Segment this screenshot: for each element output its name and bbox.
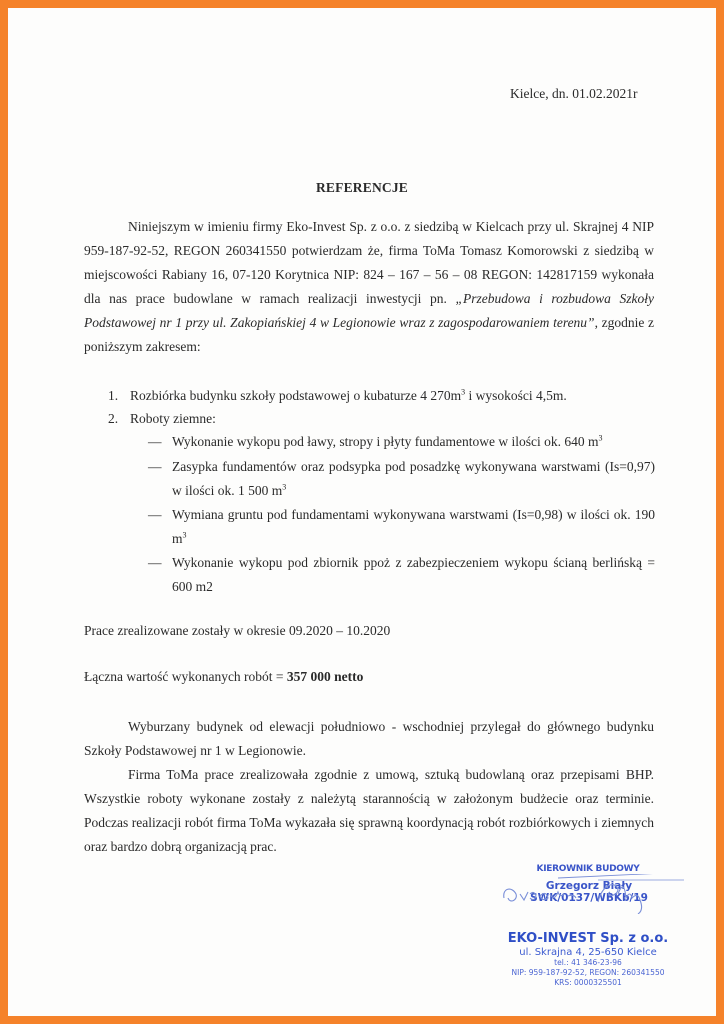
- total-value-amount: 357 000 netto: [287, 669, 364, 684]
- item-text: Rozbiórka budynku szkoły podstawowej o k…: [130, 388, 461, 403]
- dash-bullet: —: [148, 503, 162, 527]
- handwritten-signature: [498, 874, 688, 914]
- intro-paragraph: Niniejszym w imieniu firmy Eko-Invest Sp…: [84, 215, 654, 359]
- stamp-krs: KRS: 0000325501: [478, 978, 698, 988]
- sub-list-item: — Wykonanie wykopu pod ławy, stropy i pł…: [148, 430, 655, 454]
- item-text: Roboty ziemne:: [130, 411, 216, 426]
- dash-bullet: —: [148, 455, 162, 479]
- sub-item-text: Wykonanie wykopu pod zbiornik ppoż z zab…: [148, 551, 655, 599]
- superscript: 3: [183, 531, 187, 540]
- item-number: 2.: [108, 411, 130, 427]
- period-line: Prace zrealizowane zostały w okresie 09.…: [84, 619, 654, 643]
- place-date: Kielce, dn. 01.02.2021r: [510, 86, 637, 102]
- total-value-line: Łączna wartość wykonanych robót = 357 00…: [84, 665, 654, 689]
- sub-list-item: — Wymiana gruntu pod fundamentami wykony…: [148, 503, 655, 551]
- list-item: 2.Roboty ziemne:: [108, 411, 216, 427]
- stamp-address: ul. Skrajna 4, 25-650 Kielce: [478, 947, 698, 958]
- closing-paragraph-1: Wyburzany budynek od elewacji południowo…: [84, 715, 654, 763]
- item-text-after: i wysokości 4,5m.: [465, 388, 567, 403]
- stamp-company: EKO-INVEST Sp. z o.o.: [478, 931, 698, 946]
- dash-bullet: —: [148, 551, 162, 575]
- total-value-label: Łączna wartość wykonanych robót =: [84, 669, 287, 684]
- list-item: 1.Rozbiórka budynku szkoły podstawowej o…: [108, 388, 567, 404]
- sub-list-item: — Zasypka fundamentów oraz podsypka pod …: [148, 455, 655, 503]
- sub-item-text: Wykonanie wykopu pod ławy, stropy i płyt…: [172, 434, 599, 449]
- superscript: 3: [599, 434, 603, 443]
- sub-item-text: Zasypka fundamentów oraz podsypka pod po…: [172, 459, 655, 498]
- document-page: Kielce, dn. 01.02.2021r REFERENCJE Ninie…: [8, 8, 716, 1016]
- stamp-role: KIEROWNIK BUDOWY: [482, 864, 694, 874]
- company-stamp: EKO-INVEST Sp. z o.o. ul. Skrajna 4, 25-…: [478, 931, 698, 988]
- stamp-phone: tel.: 41 346-23-96: [478, 958, 698, 968]
- sub-list-item: — Wykonanie wykopu pod zbiornik ppoż z z…: [148, 551, 655, 599]
- closing-paragraph-2: Firma ToMa prace zrealizowała zgodnie z …: [84, 763, 654, 859]
- item-number: 1.: [108, 388, 130, 404]
- stamp-ids: NIP: 959-187-92-52, REGON: 260341550: [478, 968, 698, 978]
- superscript: 3: [282, 483, 286, 492]
- sub-item-text: Wymiana gruntu pod fundamentami wykonywa…: [172, 507, 655, 546]
- document-title: REFERENCJE: [8, 180, 716, 196]
- dash-bullet: —: [148, 430, 162, 454]
